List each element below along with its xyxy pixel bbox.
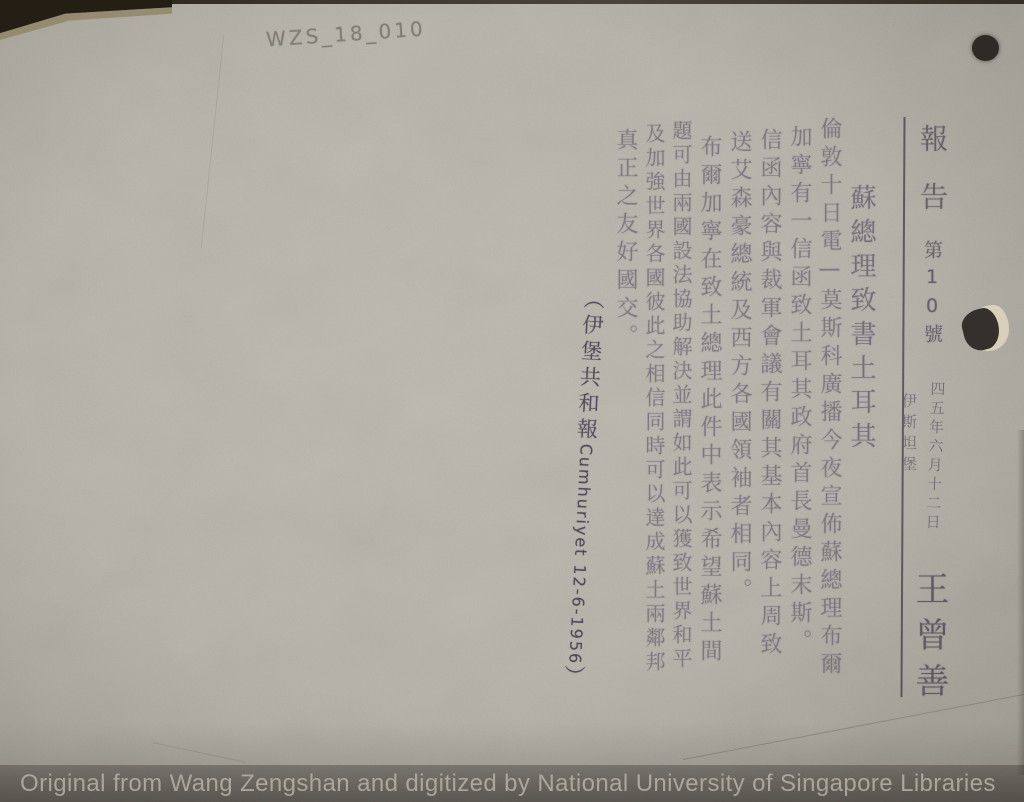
report-header: 報告第10號 (912, 124, 952, 350)
crease-line-bottom-left (153, 742, 246, 763)
report-number: 第10號 (921, 240, 943, 350)
source-note-latin: Cumhuriyet 12-6-1956 (565, 443, 596, 665)
manuscript-column: 加寧有一信函致土耳其政府首長曼德末斯。 (784, 125, 814, 767)
watermark-bar: Original from Wang Zengshan and digitize… (0, 765, 1024, 802)
source-note-open-paren: ︵ (581, 287, 606, 314)
report-date: 四五年六月十二日 (922, 381, 948, 534)
torn-hole (963, 303, 1009, 353)
source-note-close-paren: ︶ (561, 665, 586, 692)
manuscript-column: 真正之友好國交。 (610, 128, 640, 767)
manuscript-column: 信函內容與裁軍會議有關其基本內容上周致 (754, 128, 784, 767)
manuscript-column: 題可由兩國設法協助解決並謂如此可以獲致世界和平 (667, 120, 694, 767)
source-note-cjk: 伊堡共和報 (574, 313, 605, 444)
source-note: ︵伊堡共和報Cumhuriyet 12-6-1956︶ (553, 287, 610, 767)
manuscript-column: 及加強世界各國彼此之相信同時可以達成蘇土兩鄰邦 (640, 123, 667, 767)
right-edge-shadow (1017, 430, 1024, 775)
manuscript-column: 送艾森豪總統及西方各國領袖者相同。 (724, 130, 754, 767)
crease-line-top-left (201, 35, 224, 249)
author-signature: 王曾善 (905, 571, 954, 709)
archive-code-pencil: WZS_18_010 (265, 16, 426, 51)
punch-hole (972, 35, 999, 61)
manuscript-title-column: 蘇總理致書土耳其 (844, 184, 878, 767)
manuscript-column: 倫敦十日電—莫斯科廣播今夜宣佈蘇總理布爾 (814, 117, 844, 767)
watermark-text: Original from Wang Zengshan and digitize… (0, 770, 996, 798)
report-place: 伊斯坦堡 (899, 393, 920, 477)
manuscript-column: 布爾加寧在致土總理此件中表示希望蘇土間 (694, 135, 724, 767)
manuscript-body: 蘇總理致書土耳其 倫敦十日電—莫斯科廣播今夜宣佈蘇總理布爾 加寧有一信函致土耳其… (578, 112, 878, 767)
scanned-manuscript-page: WZS_18_010 報告第10號 四五年六月十二日 伊斯坦堡 王曾善 蘇總理致… (0, 0, 1024, 802)
report-title: 報告 (916, 124, 949, 240)
